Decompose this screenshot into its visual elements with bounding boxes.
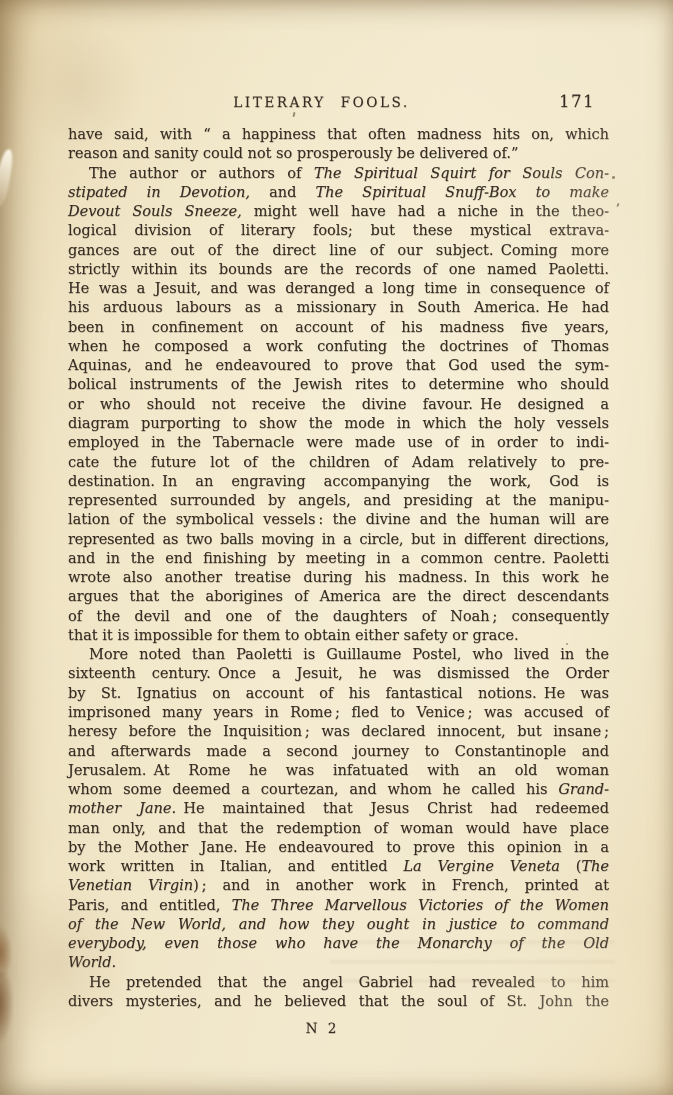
book-page: LITERARY FOOLS. 171 have said, with “ a …: [0, 0, 673, 1095]
paper-scratch: [0, 148, 14, 207]
text-line: employed in the Tabernacle were made use…: [68, 434, 609, 453]
printer-mark: [292, 112, 295, 117]
paper-speck: [616, 203, 619, 207]
paper-speck: [612, 176, 615, 179]
text-line: destination. In an engraving accompanyin…: [68, 473, 609, 492]
page-number: 171: [559, 92, 595, 111]
text-line: bolical instruments of the Jewish rites …: [68, 376, 609, 395]
signature-mark: N 2: [52, 1021, 593, 1037]
paper-speck: [566, 643, 568, 645]
text-line: when he composed a work confuting the do…: [68, 338, 609, 357]
text-line: argues that the aborigines of America ar…: [68, 588, 609, 607]
text-line: wrote also another treatise during his m…: [68, 569, 609, 588]
text-line: that it is impossible for them to obtain…: [68, 627, 609, 646]
text-line: heresy before the Inquisition ; was decl…: [68, 723, 609, 742]
text-line: World.: [68, 954, 609, 973]
text-line: have said, with “ a happiness that often…: [68, 126, 609, 145]
text-line: mother Jane. He maintained that Jesus Ch…: [68, 800, 609, 819]
text-line: lation of the symbolical vessels : the d…: [68, 511, 609, 530]
text-line: man only, and that the redemption of wom…: [68, 820, 609, 839]
text-line: Venetian Virgin) ; and in another work i…: [68, 877, 609, 896]
text-line: He pretended that the angel Gabriel had …: [68, 974, 609, 993]
text-line: Aquinas, and he endeavoured to prove tha…: [68, 357, 609, 376]
text-line: represented surrounded by angels, and pr…: [68, 492, 609, 511]
text-line: cate the future lot of the children of A…: [68, 454, 609, 473]
text-line: sixteenth century. Once a Jesuit, he was…: [68, 665, 609, 684]
text-line: everybody, even those who have the Monar…: [68, 935, 609, 954]
text-line: gances are out of the direct line of our…: [68, 242, 609, 261]
text-line: divers mysteries, and he believed that t…: [68, 993, 609, 1012]
running-title: LITERARY FOOLS.: [233, 95, 410, 111]
text-line: represented as two balls moving in a cir…: [68, 531, 609, 550]
text-line: Jerusalem. At Rome he was infatuated wit…: [68, 762, 609, 781]
text-line: of the New World, and how they ought in …: [68, 916, 609, 935]
text-line: of the devil and one of the daughters of…: [68, 608, 609, 627]
text-line: logical division of literary fools; but …: [68, 222, 609, 241]
text-line: his arduous labours as a missionary in S…: [68, 299, 609, 318]
page-header: LITERARY FOOLS. 171: [68, 95, 609, 117]
page-edge-tear: [0, 972, 14, 1046]
text-line: Devout Souls Sneeze, might well have had…: [68, 203, 609, 222]
text-line: and in the end finishing by meeting in a…: [68, 550, 609, 569]
paper-speck: [600, 540, 602, 542]
body-text: have said, with “ a happiness that often…: [68, 126, 609, 1012]
text-line: More noted than Paoletti is Guillaume Po…: [68, 646, 609, 665]
text-line: been in confinement on account of his ma…: [68, 319, 609, 338]
text-line: stipated in Devotion, and The Spiritual …: [68, 184, 609, 203]
text-line: work written in Italian, and entitled La…: [68, 858, 609, 877]
text-line: Paris, and entitled, The Three Marvellou…: [68, 897, 609, 916]
text-line: by the Mother Jane. He endeavoured to pr…: [68, 839, 609, 858]
text-line: diagram purporting to show the mode in w…: [68, 415, 609, 434]
text-line: or who should not receive the divine fav…: [68, 396, 609, 415]
text-line: imprisoned many years in Rome ; fled to …: [68, 704, 609, 723]
text-line: and afterwards made a second journey to …: [68, 743, 609, 762]
paper-speck: [112, 156, 114, 158]
text-line: reason and sanity could not so prosperou…: [68, 145, 609, 164]
text-line: The author or authors of The Spiritual S…: [68, 165, 609, 184]
text-line: strictly within its bounds are the recor…: [68, 261, 609, 280]
text-line: He was a Jesuit, and was deranged a long…: [68, 280, 609, 299]
text-line: whom some deemed a courtezan, and whom h…: [68, 781, 609, 800]
text-line: by St. Ignatius on account of his fantas…: [68, 685, 609, 704]
